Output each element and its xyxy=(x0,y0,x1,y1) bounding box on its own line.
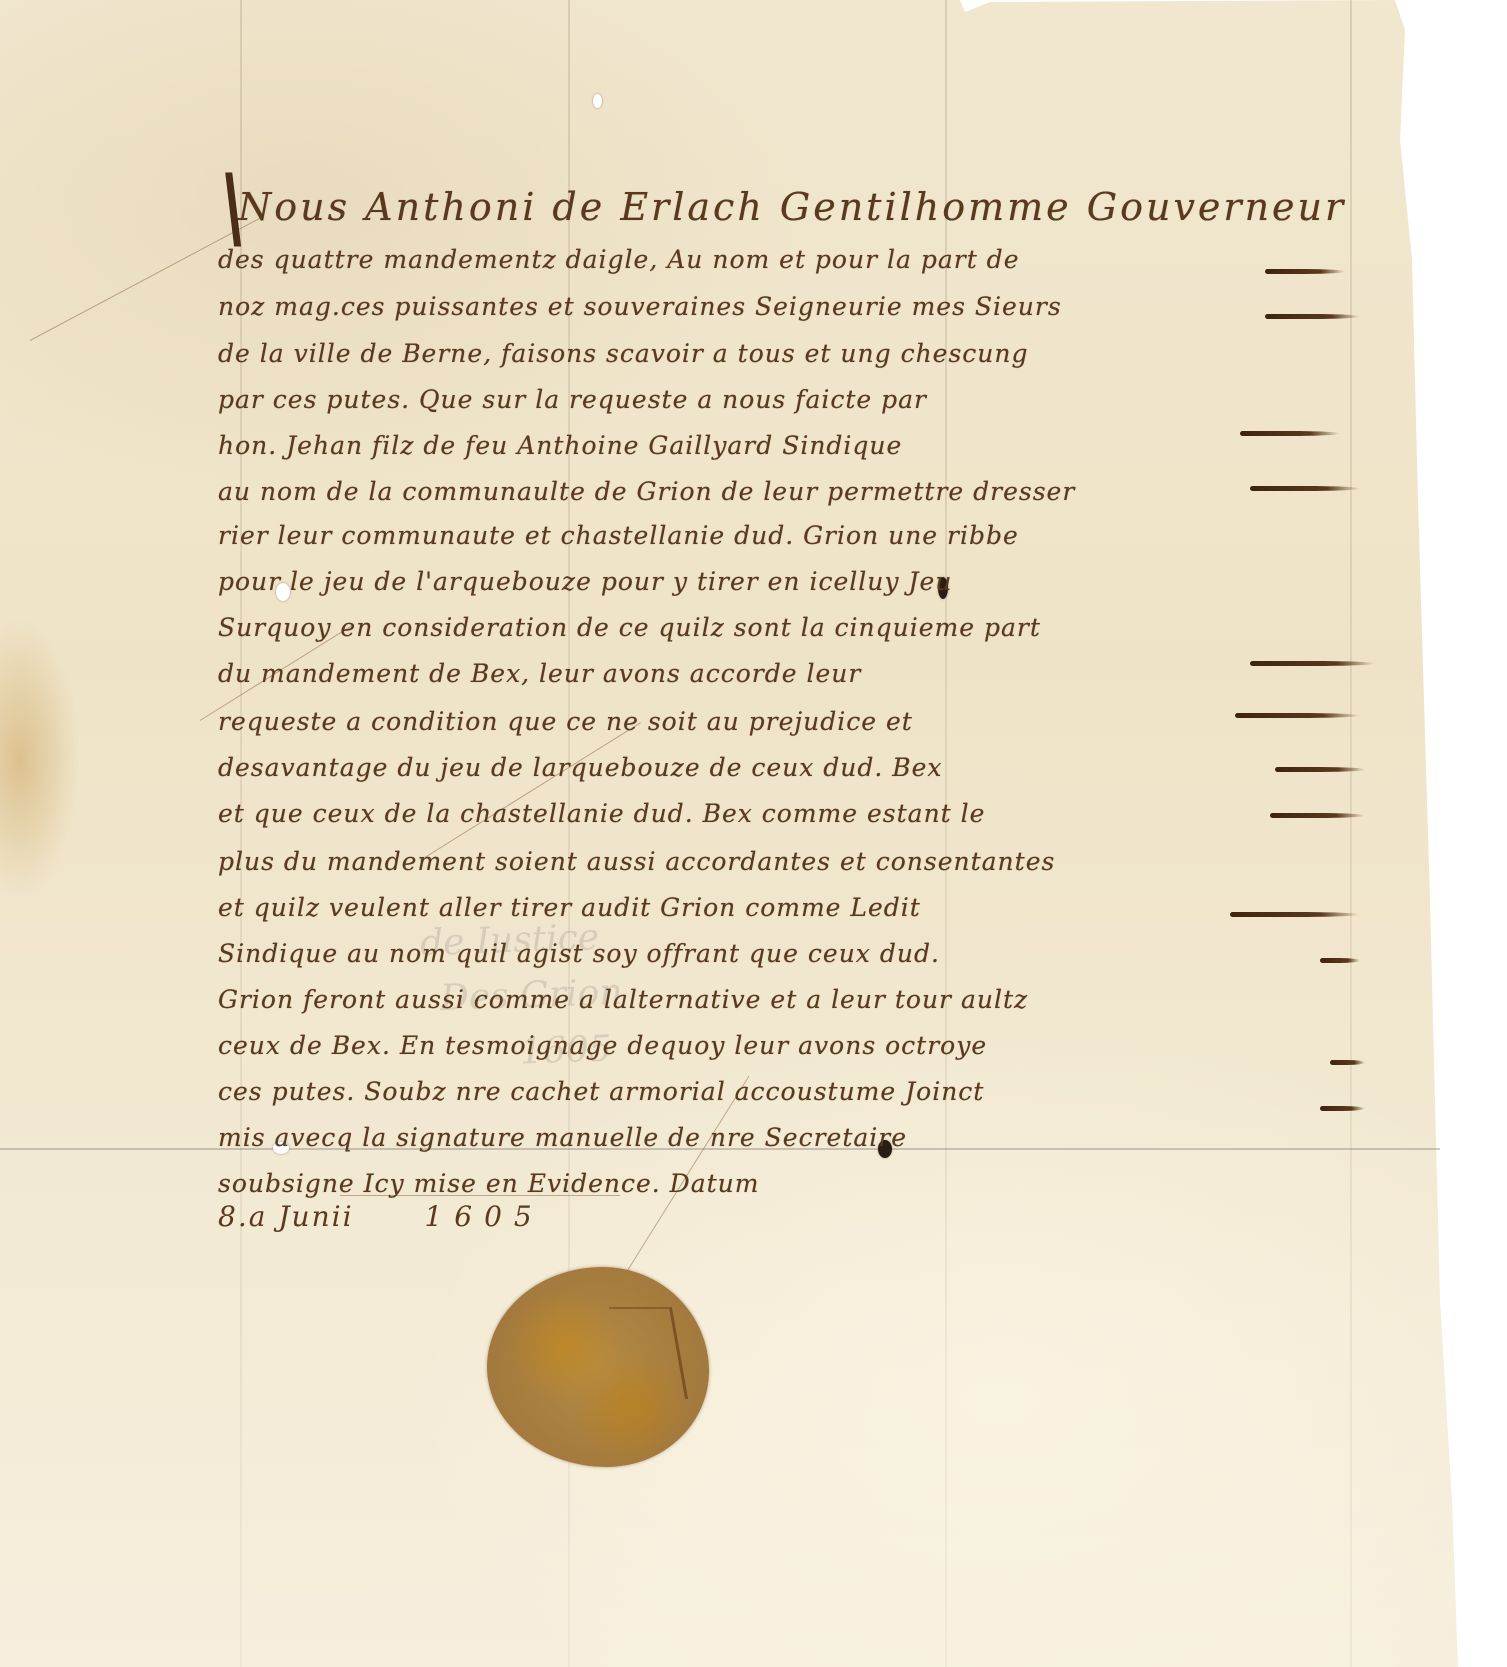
line-filler-flourish xyxy=(1265,314,1360,319)
line-filler-flourish xyxy=(1250,486,1360,491)
date-month: Junii xyxy=(278,1200,353,1233)
paper-hole xyxy=(593,94,602,108)
manuscript-line: par ces putes. Que sur la requeste a nou… xyxy=(218,385,927,414)
scanned-document: de Iustice Des Grion 1605 \ Nous Anthoni… xyxy=(0,0,1507,1667)
manuscript-line: et quilz veulent aller tirer audit Grion… xyxy=(218,893,921,922)
manuscript-line: rier leur communaute et chastellanie dud… xyxy=(218,521,1019,550)
manuscript-line: hon. Jehan filz de feu Anthoine Gaillyar… xyxy=(218,431,902,460)
manuscript-line: requeste a condition que ce ne soit au p… xyxy=(218,707,913,736)
document-date: 8.a Junii 1605 xyxy=(218,1200,544,1233)
line-filler-flourish xyxy=(1270,813,1365,818)
line-filler-flourish xyxy=(1230,912,1360,917)
manuscript-line: desavantage du jeu de larquebouze de ceu… xyxy=(218,753,943,782)
manuscript-line: soubsigne Icy mise en Evidence. Datum xyxy=(218,1169,759,1198)
manuscript-line: au nom de la communaulte de Grion de leu… xyxy=(218,477,1075,506)
manuscript-line: pour le jeu de l'arquebouze pour y tirer… xyxy=(218,567,952,596)
wax-seal xyxy=(487,1267,709,1467)
manuscript-line: de la ville de Berne, faisons scavoir a … xyxy=(218,339,1029,368)
date-day: 8.a xyxy=(218,1200,267,1233)
manuscript-line: plus du mandement soient aussi accordant… xyxy=(218,847,1055,876)
manuscript-line: ces putes. Soubz nre cachet armorial acc… xyxy=(218,1077,984,1106)
manuscript-line: et que ceux de la chastellanie dud. Bex … xyxy=(218,799,985,828)
seal-crack xyxy=(609,1307,688,1399)
manuscript-line: Sindique au nom quil agist soy offrant q… xyxy=(218,939,940,968)
line-filler-flourish xyxy=(1320,1106,1365,1111)
date-year: 1605 xyxy=(424,1200,543,1233)
manuscript-line: mis avecq la signature manuelle de nre S… xyxy=(218,1123,907,1152)
manuscript-line: noz mag.ces puissantes et souveraines Se… xyxy=(218,292,1062,321)
line-filler-flourish xyxy=(1235,713,1360,718)
line-filler-flourish xyxy=(1265,269,1345,274)
line-filler-flourish xyxy=(1275,767,1365,772)
line-filler-flourish xyxy=(1240,431,1340,436)
manuscript-line: des quattre mandementz daigle, Au nom et… xyxy=(218,245,1019,274)
line-filler-flourish xyxy=(1320,958,1360,963)
vertical-fold-crease xyxy=(1350,0,1352,1667)
manuscript-line: Surquoy en consideration de ce quilz son… xyxy=(218,613,1041,642)
manuscript-line: Grion feront aussi comme a lalternative … xyxy=(218,985,1028,1014)
manuscript-line: Nous Anthoni de Erlach Gentilhomme Gouve… xyxy=(238,185,1346,229)
line-filler-flourish xyxy=(1330,1060,1365,1065)
manuscript-line: ceux de Bex. En tesmoignage dequoy leur … xyxy=(218,1031,987,1060)
line-filler-flourish xyxy=(1250,661,1375,666)
manuscript-line: du mandement de Bex, leur avons accorde … xyxy=(218,659,861,688)
